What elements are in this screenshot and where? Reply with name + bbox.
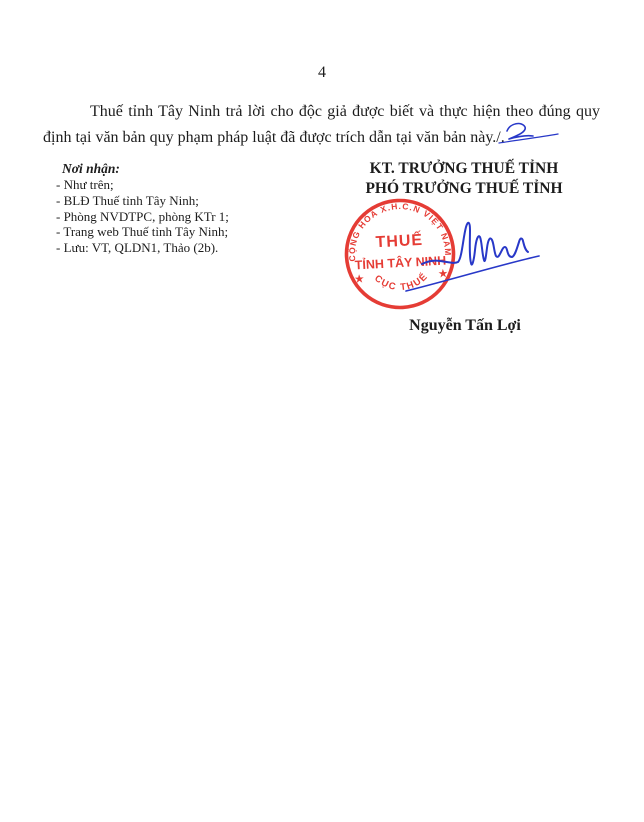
recipients-block: Nơi nhận: - Như trên; - BLĐ Thuế tỉnh Tâ… (56, 161, 316, 256)
recipient-item: - Phòng NVDTPC, phòng KTr 1; (56, 209, 316, 225)
signer-title-line1: KT. TRƯỞNG THUẾ TỈNH (340, 159, 588, 179)
seal-star-left-icon: ★ (355, 274, 365, 285)
signature-scribble-icon (398, 212, 566, 300)
document-page: { "page": { "number": "4" }, "body_parag… (0, 0, 644, 822)
recipient-item: - Như trên; (56, 177, 316, 193)
recipients-label: Nơi nhận: (56, 161, 316, 177)
signature-main-stroke (422, 223, 528, 265)
page-number: 4 (0, 64, 644, 82)
initial-squiggle (507, 124, 533, 139)
signer-name: Nguyễn Tấn Lợi (340, 317, 590, 335)
recipient-item: - Trang web Thuế tỉnh Tây Ninh; (56, 224, 316, 240)
handwritten-initial-icon (492, 116, 564, 148)
recipient-item: - Lưu: VT, QLDN1, Thảo (2b). (56, 240, 316, 256)
signer-title: KT. TRƯỞNG THUẾ TỈNH PHÓ TRƯỞNG THUẾ TỈN… (340, 159, 588, 198)
recipient-item: - BLĐ Thuế tỉnh Tây Ninh; (56, 193, 316, 209)
